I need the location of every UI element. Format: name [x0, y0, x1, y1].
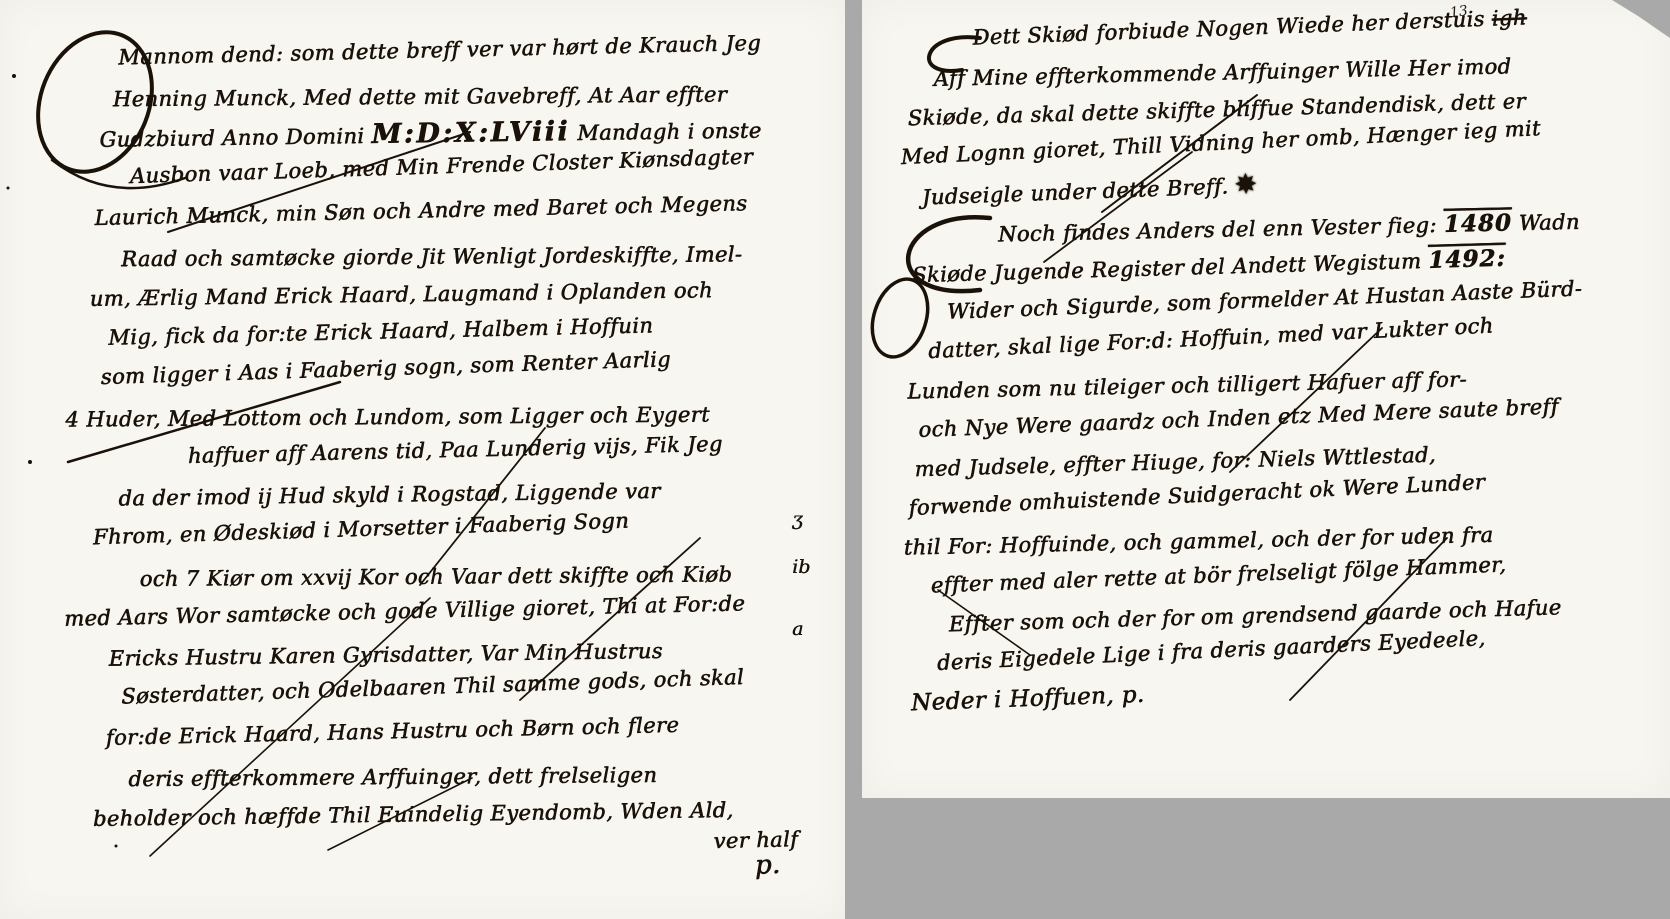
line-text: Gudzbiurd Anno Domini: [99, 124, 371, 152]
line-text: Dett Skiød forbiude Nogen Wiede her ders…: [972, 6, 1492, 49]
gutter-cut-letter-fragment: ib: [792, 556, 810, 578]
marginal-year-1480: 1480: [1443, 209, 1512, 237]
struck-out-word: igh: [1491, 5, 1527, 30]
manuscript-line: Mannom dend: som dette breff ver var hør…: [0, 21, 846, 80]
ink-blot-seal-mark: ✸: [1235, 169, 1255, 199]
gutter-cut-letter-fragment: ʒ: [792, 508, 803, 530]
gutter-cut-letter-fragment: a: [792, 618, 803, 640]
right-manuscript-page: 13 Dett Skiød forbiude Nogen Wiede her d…: [862, 0, 1670, 798]
line-text: Judseigle under dette Breff.: [921, 174, 1235, 209]
left-manuscript-page: Mannom dend: som dette breff ver var hør…: [0, 0, 845, 919]
line-text: Wadn: [1512, 210, 1580, 235]
left-page-text-block: Mannom dend: som dette breff ver var hør…: [0, 28, 857, 908]
marginal-year-1492: 1492:: [1428, 245, 1506, 274]
right-page-text-block: Dett Skiød forbiude Nogen Wiede her ders…: [877, 0, 1670, 724]
scanned-manuscript: { "document": { "kind_label": "", "color…: [0, 0, 1670, 919]
